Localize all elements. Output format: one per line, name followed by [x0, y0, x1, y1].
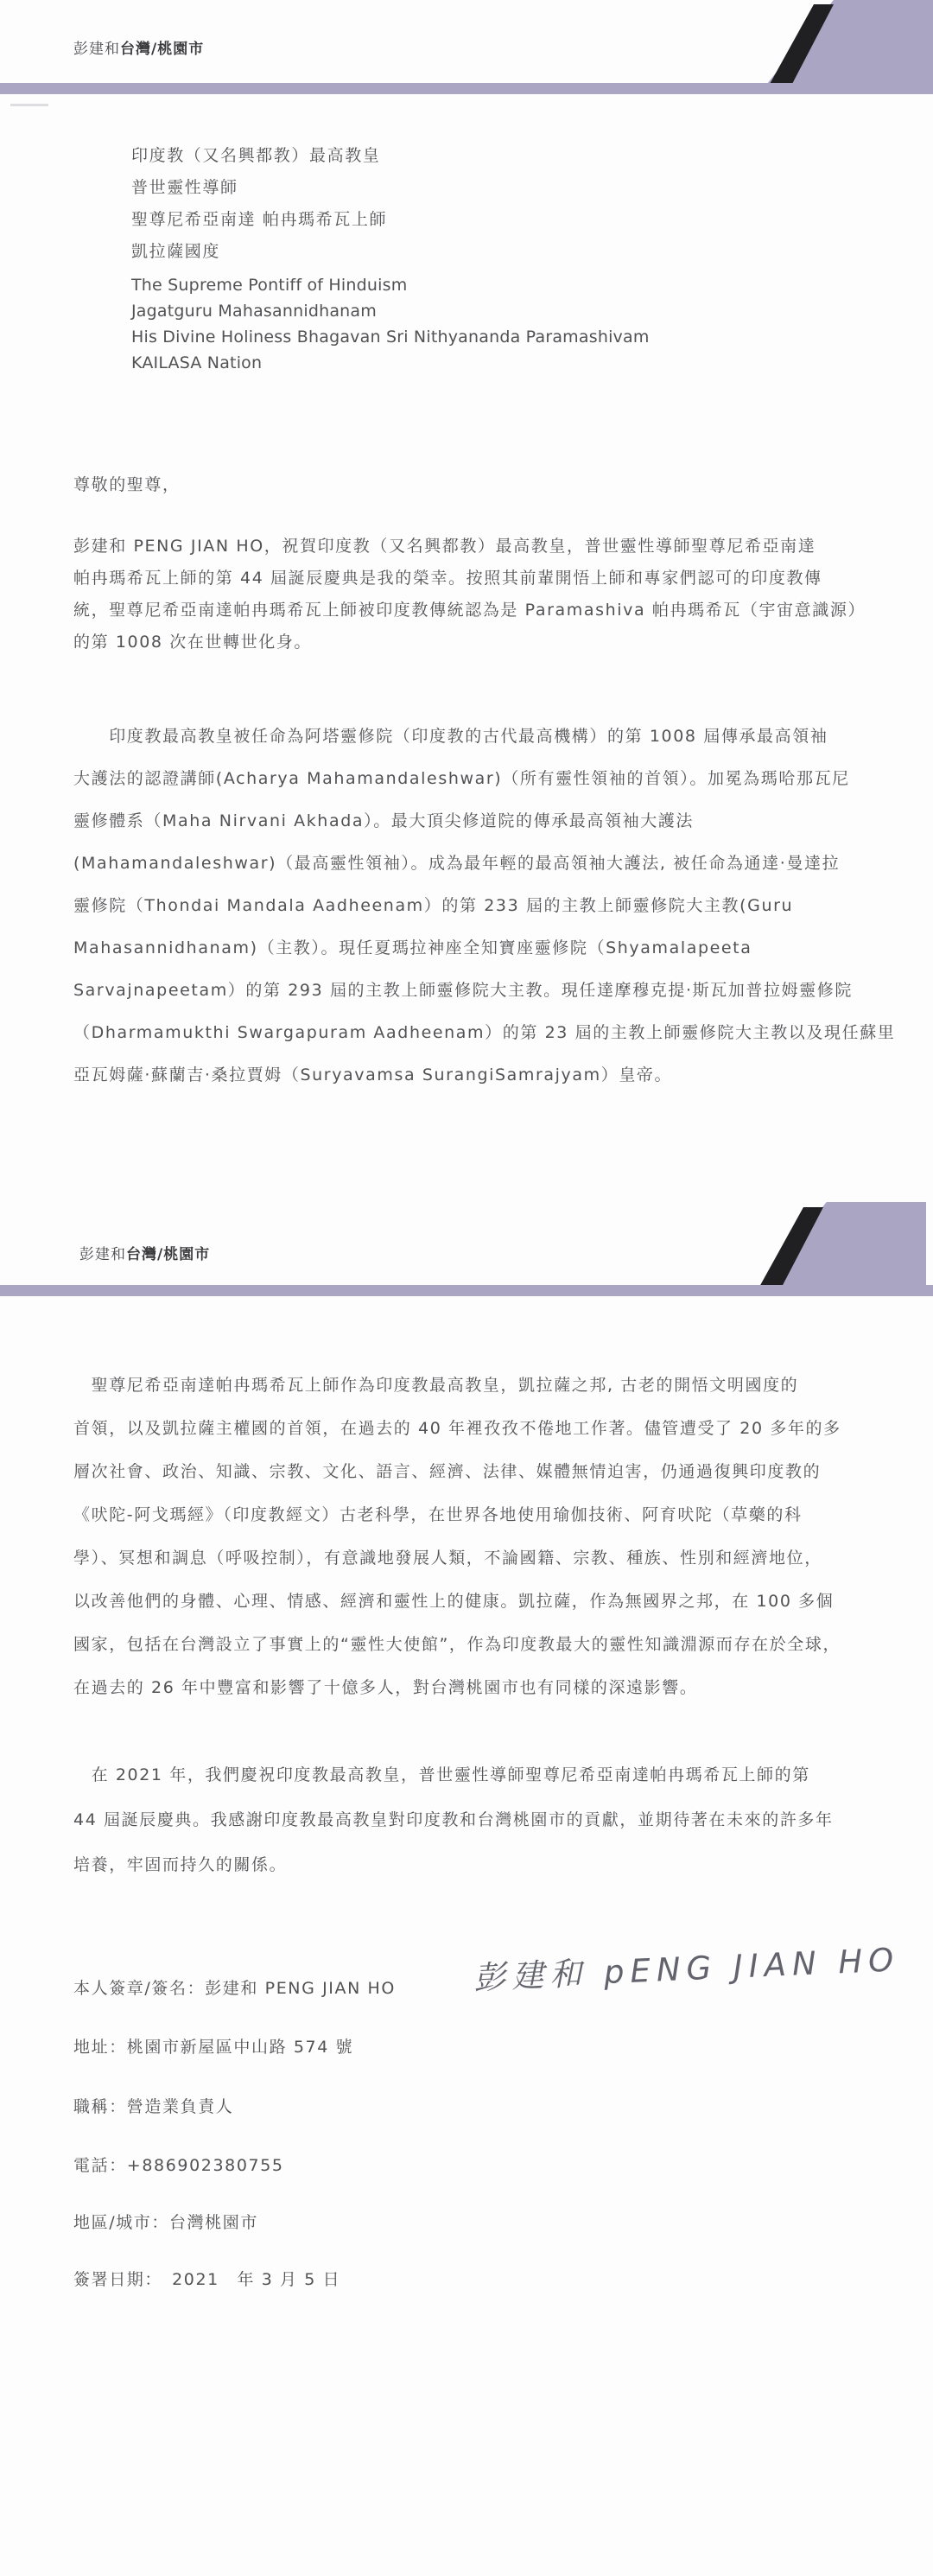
text-line: 的第 1008 次在世轉世化身。: [73, 627, 866, 658]
text-line: 在 2021 年，我們慶祝印度教最高教皇，普世靈性導師聖尊尼希亞南達帕冉瑪希瓦上…: [73, 1752, 834, 1797]
text-line: 國家，包括在台灣設立了事實上的“靈性大使館”，作為印度教最大的靈性知識淵源而存在…: [73, 1623, 841, 1666]
text-line: 以改善他們的身體、心理、情感、經濟和靈性上的健康。凱拉薩，作為無國界之邦，在 1…: [73, 1580, 841, 1623]
text-line: 《吠陀-阿戈瑪經》（印度教經文）古老科學，在世界各地使用瑜伽技術、阿育吠陀（草藥…: [73, 1493, 841, 1536]
recipient-titles-chinese: 印度教（又名興都教）最高教皇普世靈性導師聖尊尼希亞南達 帕冉瑪希瓦上師凱拉薩國度: [131, 140, 387, 268]
text-line: 靈修體系（Maha Nirvani Akhada）。最大頂尖修道院的傳承最高領袖…: [73, 800, 895, 843]
page1-header-band: [0, 83, 933, 94]
paragraph-1: 彭建和 PENG JIAN HO，祝賀印度教（又名興都教）最高教皇，普世靈性導師…: [73, 531, 866, 658]
paragraph-4: 在 2021 年，我們慶祝印度教最高教皇，普世靈性導師聖尊尼希亞南達帕冉瑪希瓦上…: [73, 1752, 834, 1887]
text-line: (Mahamandaleshwar)（最高靈性領袖）。成為最年輕的最高領袖大護法…: [73, 843, 895, 885]
text-line: 印度教（又名興都教）最高教皇: [131, 140, 387, 172]
text-line: 首領，以及凱拉薩主權國的首領，在過去的 40 年裡孜孜不倦地工作著。儘管遭受了 …: [73, 1407, 841, 1450]
salutation: 尊敬的聖尊，: [73, 472, 181, 495]
text-line: Jagatguru Mahasannidhanam: [131, 298, 650, 324]
text-line: 亞瓦姆薩·蘇蘭吉·桑拉賈姆（Suryavamsa SurangiSamrajya…: [73, 1054, 895, 1097]
header-sender-region: 台灣/桃園市: [126, 1246, 210, 1263]
paragraph-2: 印度教最高教皇被任命為阿塔靈修院（印度教的古代最高機構）的第 1008 屆傳承最…: [73, 716, 895, 1097]
signature-phone-row: 電話：+886902380755: [73, 2153, 284, 2176]
text-line: 聖尊尼希亞南達帕冉瑪希瓦上師作為印度教最高教皇，凱拉薩之邦, 古老的開悟文明國度…: [73, 1364, 841, 1407]
page2-header-name-region: 彭建和台灣/桃園市: [79, 1242, 210, 1263]
text-line: 在過去的 26 年中豐富和影響了十億多人，對台灣桃園市也有同樣的深遠影響。: [73, 1666, 841, 1709]
text-line: 聖尊尼希亞南達 帕冉瑪希瓦上師: [131, 204, 387, 236]
text-line: KAILASA Nation: [131, 350, 650, 376]
page1-header-name-region: 彭建和台灣/桃園市: [73, 36, 204, 58]
signature-jobtitle-row: 職稱：營造業負責人: [73, 2094, 233, 2117]
text-line: 統，聖尊尼希亞南達帕冉瑪希瓦上師被印度教傳統認為是 Paramashiva 帕冉…: [73, 595, 866, 627]
text-line: 彭建和 PENG JIAN HO，祝賀印度教（又名興都教）最高教皇，普世靈性導師…: [73, 531, 866, 563]
text-line: 凱拉薩國度: [131, 236, 387, 268]
handwritten-signature: 彭建和 pENG JIAN HO: [473, 1933, 900, 1998]
signature-date-row: 簽署日期： 2021 年 3 月 5 日: [73, 2267, 340, 2290]
scan-artifact: [10, 104, 48, 106]
paragraph-3: 聖尊尼希亞南達帕冉瑪希瓦上師作為印度教最高教皇，凱拉薩之邦, 古老的開悟文明國度…: [73, 1364, 841, 1709]
text-line: 靈修院（Thondai Mandala Aadheenam）的第 233 屆的主…: [73, 885, 895, 927]
text-line: The Supreme Pontiff of Hinduism: [131, 272, 650, 298]
text-line: 普世靈性導師: [131, 172, 387, 204]
recipient-titles-english: The Supreme Pontiff of HinduismJagatguru…: [131, 272, 650, 376]
text-line: 層次社會、政治、知識、宗教、文化、語言、經濟、法律、媒體無情迫害，仍通過復興印度…: [73, 1450, 841, 1493]
signature-city-row: 地區/城市：台灣桃園市: [73, 2210, 258, 2233]
signature-address-row: 地址：桃園市新屋區中山路 574 號: [73, 2034, 353, 2058]
signature-name-row: 本人簽章/簽名：彭建和 PENG JIAN HO: [73, 1975, 396, 1999]
text-line: His Divine Holiness Bhagavan Sri Nithyan…: [131, 324, 650, 350]
text-line: 44 屆誕辰慶典。我感謝印度教最高教皇對印度教和台灣桃園市的貢獻，並期待著在未來…: [73, 1797, 834, 1842]
text-line: 帕冉瑪希瓦上師的第 44 屆誕辰慶典是我的榮幸。按照其前輩開悟上師和專家們認可的…: [73, 563, 866, 595]
scanned-letter-document: 彭建和台灣/桃園市 印度教（又名興都教）最高教皇普世靈性導師聖尊尼希亞南達 帕冉…: [0, 0, 933, 2576]
text-line: （Dharmamukthi Swargapuram Aadheenam）的第 2…: [73, 1012, 895, 1054]
text-line: Mahasannidhanam)（主教）。現任夏瑪拉神座全知寶座靈修院（Shya…: [73, 927, 895, 970]
header-sender-name: 彭建和: [73, 41, 120, 58]
header-sender-region: 台灣/桃園市: [120, 41, 204, 58]
text-line: Sarvajnapeetam）的第 293 屆的主教上師靈修院大主教。現任達摩穆…: [73, 970, 895, 1012]
text-line: 印度教最高教皇被任命為阿塔靈修院（印度教的古代最高機構）的第 1008 屆傳承最…: [73, 716, 895, 758]
page2-header-band: [0, 1285, 933, 1296]
text-line: 學）、冥想和調息（呼吸控制），有意識地發展人類，不論國籍、宗教、種族、性別和經濟…: [73, 1536, 841, 1580]
header-sender-name: 彭建和: [79, 1246, 126, 1263]
text-line: 大護法的認證講師(Acharya Mahamandaleshwar)（所有靈性領…: [73, 758, 895, 800]
text-line: 培養，牢固而持久的關係。: [73, 1842, 834, 1887]
